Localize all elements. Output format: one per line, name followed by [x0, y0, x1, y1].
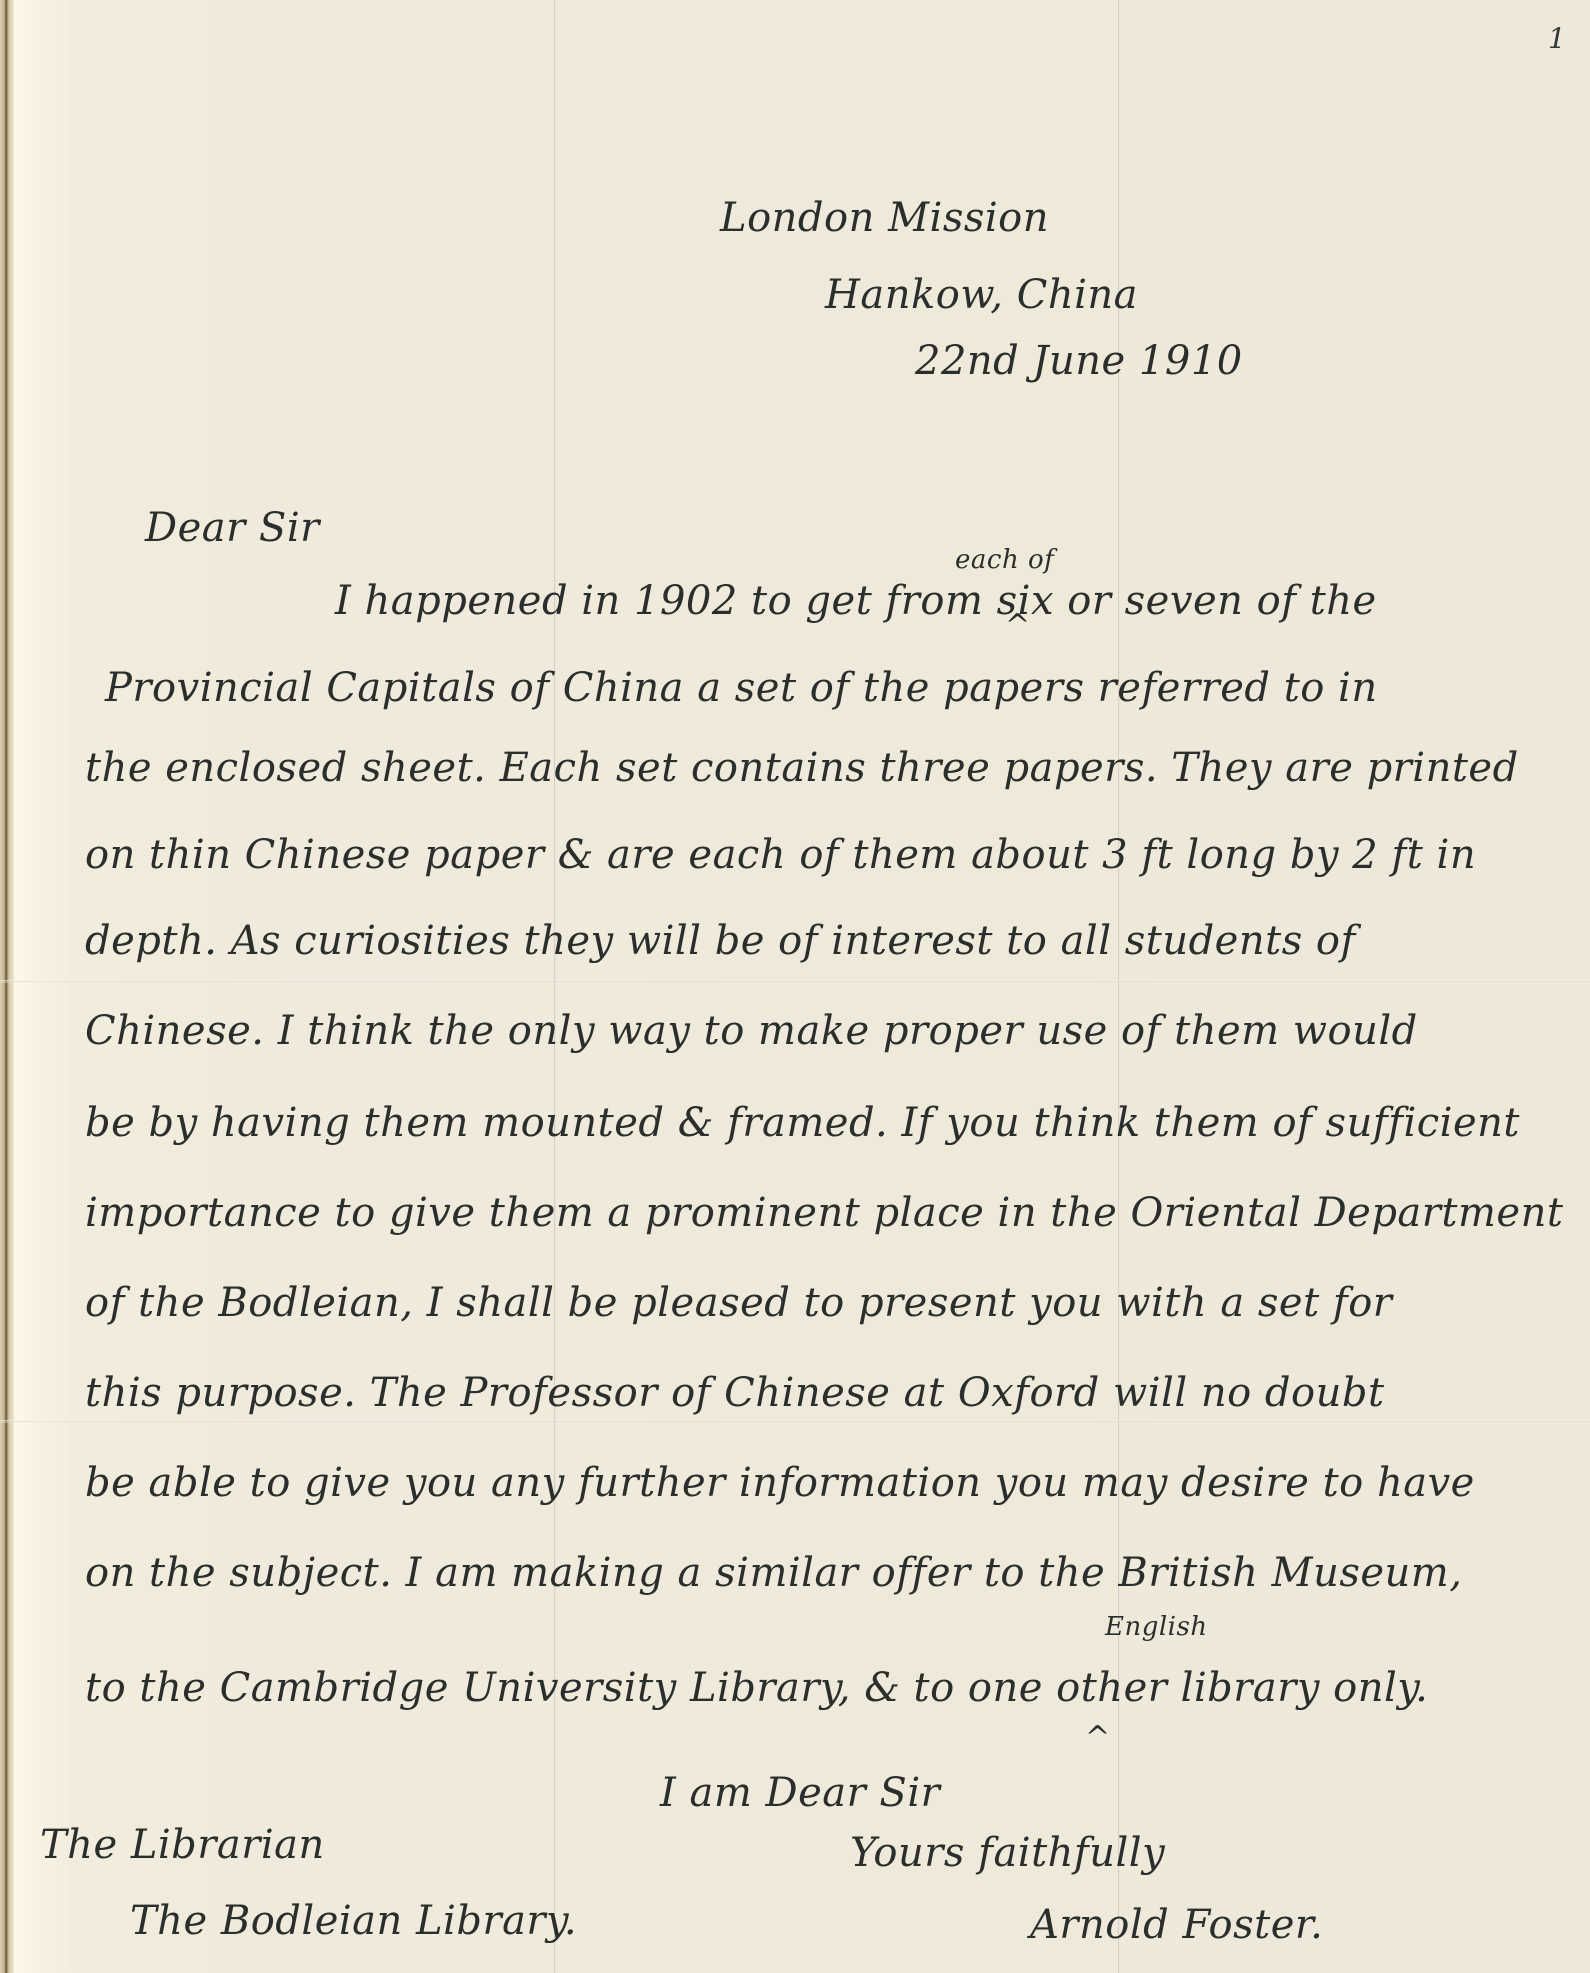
body-line-11: be able to give you any further informat…	[85, 1460, 1475, 1506]
closing-line1: I am Dear Sir	[660, 1770, 940, 1816]
letterhead-line1: London Mission	[720, 195, 1049, 241]
body-line-12: on the subject. I am making a similar of…	[85, 1550, 1462, 1596]
body-line-4: on thin Chinese paper & are each of them…	[85, 832, 1476, 878]
body-line-1: I happened in 1902 to get from six or se…	[335, 578, 1377, 624]
letter-page: 1 London Mission Hankow, China 22nd June…	[0, 0, 1590, 1973]
body-line-3: the enclosed sheet. Each set contains th…	[85, 745, 1519, 791]
salutation: Dear Sir	[145, 505, 320, 551]
insertion-english: English	[1105, 1612, 1208, 1642]
body-line-2: Provincial Capitals of China a set of th…	[105, 665, 1378, 711]
binding-shadow	[14, 0, 74, 1973]
addressee-line1: The Librarian	[40, 1822, 325, 1868]
signature: Arnold Foster.	[1030, 1902, 1323, 1948]
insertion-caret-2: ^	[1085, 1720, 1111, 1755]
fold-line-horizontal-upper	[0, 980, 1590, 983]
body-line-5: depth. As curiosities they will be of in…	[85, 918, 1356, 964]
body-line-10: this purpose. The Professor of Chinese a…	[85, 1370, 1385, 1416]
page-number: 1	[1548, 22, 1566, 55]
addressee-line2: The Bodleian Library.	[130, 1898, 577, 1944]
body-line-13: to the Cambridge University Library, & t…	[85, 1665, 1428, 1711]
body-line-6: Chinese. I think the only way to make pr…	[85, 1008, 1418, 1054]
insertion-each-of: each of	[955, 545, 1054, 575]
fold-line-horizontal-lower	[0, 1420, 1590, 1423]
letterhead-line2: Hankow, China	[825, 272, 1138, 318]
letterhead-date: 22nd June 1910	[915, 338, 1243, 384]
body-line-9: of the Bodleian, I shall be pleased to p…	[85, 1280, 1392, 1326]
body-line-7: be by having them mounted & framed. If y…	[85, 1100, 1520, 1146]
body-line-8: importance to give them a prominent plac…	[85, 1190, 1563, 1236]
closing-line2: Yours faithfully	[850, 1830, 1165, 1876]
